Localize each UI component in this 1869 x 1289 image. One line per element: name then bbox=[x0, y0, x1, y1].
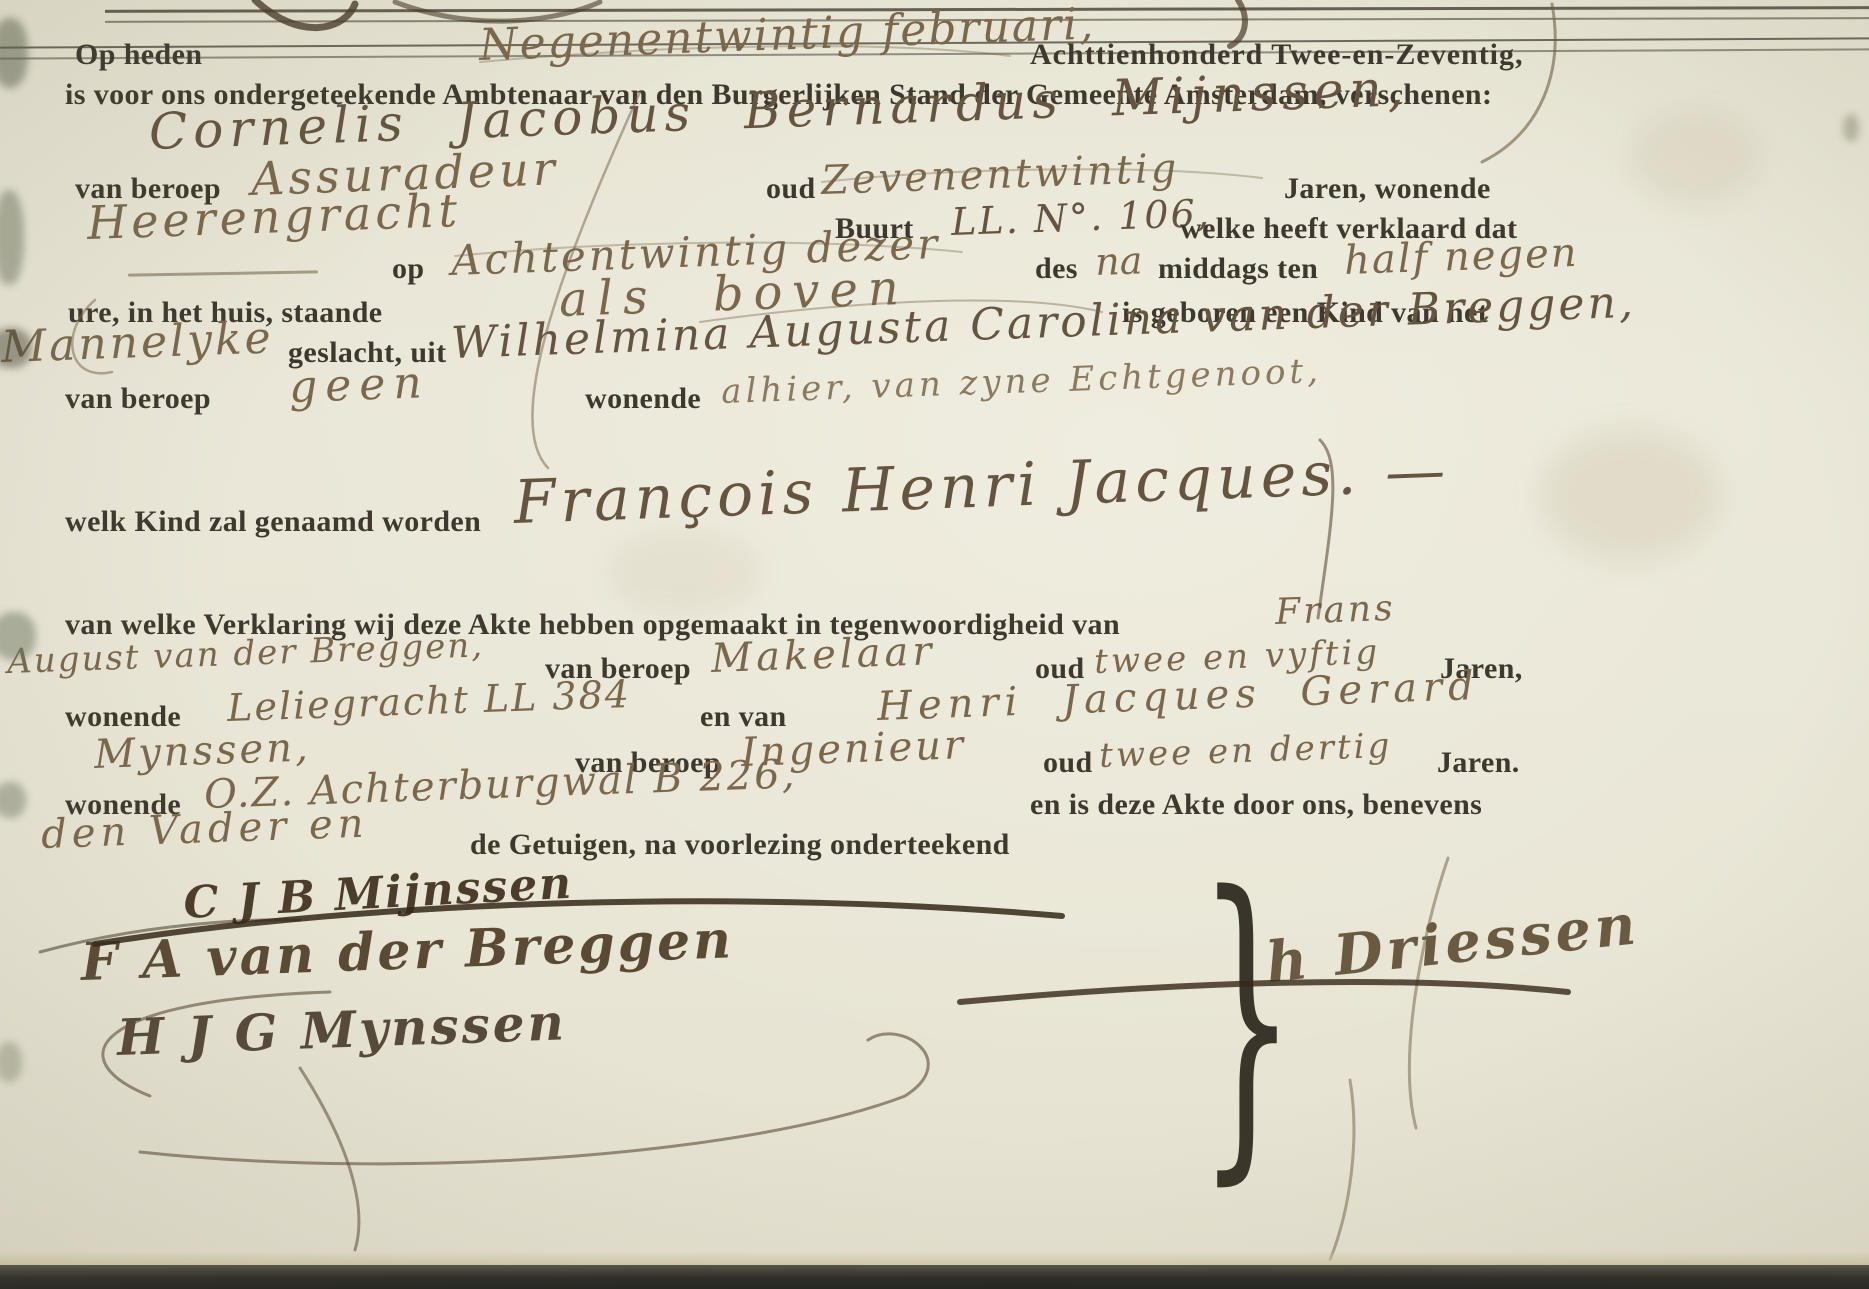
flourish-stroke bbox=[1409, 858, 1448, 1128]
handwritten-witness1-profession: Makelaar bbox=[710, 628, 936, 682]
handwritten-buurt-number: LL. N°. 106, bbox=[950, 191, 1211, 244]
bleedthrough-mark bbox=[0, 782, 26, 818]
bleedthrough-mark bbox=[0, 1042, 22, 1082]
printed-jaren-2: Jaren. bbox=[1437, 746, 1520, 780]
bleedthrough-mark bbox=[1843, 114, 1859, 142]
signature-witness1: F A van der Breggen bbox=[80, 909, 735, 993]
printed-getuigen-onderteekend: de Getuigen, na voorlezing onderteekend bbox=[470, 828, 1010, 862]
signature-official: h Driessen bbox=[1263, 891, 1642, 996]
handwritten-birth-time: half negen bbox=[1343, 230, 1579, 284]
handwritten-mother-residence: alhier, van zyne Echtgenoot, bbox=[721, 351, 1323, 412]
handwritten-na: na bbox=[1094, 238, 1143, 284]
printed-oud-1: oud bbox=[766, 172, 816, 206]
official-brace: } bbox=[1198, 855, 1296, 1185]
page-bottom-gradient bbox=[0, 1251, 1869, 1265]
printed-des: des bbox=[1035, 252, 1078, 286]
handwritten-witness2-age: twee en dertig bbox=[1099, 726, 1393, 776]
paper-stain bbox=[1540, 430, 1720, 560]
signature-flourish bbox=[300, 1068, 359, 1250]
bleedthrough-mark bbox=[0, 18, 28, 88]
handwritten-dash bbox=[128, 270, 318, 276]
handwritten-witness1-address: Leliegracht LL 384 bbox=[226, 672, 631, 730]
printed-middags-ten: middags ten bbox=[1158, 252, 1318, 286]
handwritten-witness2-first: Henri Jacques Gerard bbox=[876, 663, 1480, 730]
paper-stain bbox=[1630, 110, 1760, 205]
printed-jaren-wonende: Jaren, wonende bbox=[1284, 172, 1491, 206]
printed-oud-3: oud bbox=[1043, 746, 1093, 780]
flourish-stroke bbox=[1482, 4, 1555, 162]
handwritten-witness1-first: Frans bbox=[1275, 588, 1397, 633]
paper-stain bbox=[610, 530, 760, 615]
printed-op: op bbox=[392, 252, 425, 286]
flourish-stroke bbox=[255, 0, 355, 28]
handwritten-geslacht: Mannelyke bbox=[0, 313, 274, 373]
handwritten-declarant-name: Cornelis Jacobus Bernardus Mijnssen, bbox=[148, 59, 1410, 161]
handwritten-day-month: Negenentwintig februari, bbox=[478, 0, 1096, 71]
printed-van-beroep-2: van beroep bbox=[65, 382, 211, 416]
printed-op-heden: Op heden bbox=[75, 38, 202, 72]
handwritten-child-name: François Henri Jacques. — bbox=[513, 435, 1452, 538]
handwritten-mother-profession: geen bbox=[288, 357, 430, 413]
scanned-birth-record: { "page": { "lines": [ { "segs": [ { "k"… bbox=[0, 0, 1869, 1289]
printed-welk-kind: welk Kind zal genaamd worden bbox=[65, 505, 481, 539]
signature-flourish bbox=[1330, 1080, 1354, 1260]
printed-wonende-1: wonende bbox=[585, 382, 701, 416]
signature-witness2: H J G Mynssen bbox=[116, 992, 568, 1067]
bleedthrough-mark bbox=[0, 190, 24, 285]
printed-akte-door-ons: en is deze Akte door ons, benevens bbox=[1030, 788, 1482, 822]
page-bottom-strip bbox=[0, 1265, 1869, 1289]
